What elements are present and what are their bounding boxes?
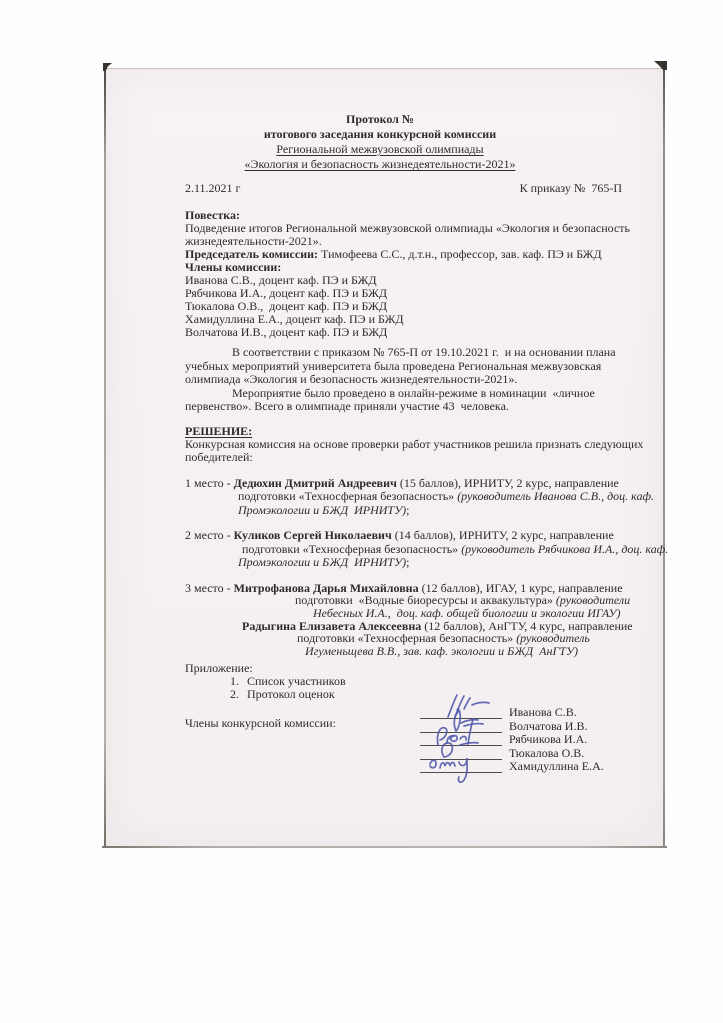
chair-label: Председатель комиссии: [185, 247, 318, 261]
signature-name: Хамидуллина Е.А. [509, 759, 604, 774]
signature-stroke [420, 743, 506, 783]
document-title: Протокол № итогового заседания конкурсно… [185, 112, 630, 172]
signatures-label: Члены конкурсной комиссии: [185, 716, 336, 731]
paragraph-line: В соответствии с приказом № 765-П от 19.… [185, 346, 630, 360]
attachment-item: 1.Список участников [185, 675, 630, 688]
document-page: Протокол № итогового заседания конкурсно… [104, 68, 665, 848]
attachment-label: Приложение: [185, 662, 630, 675]
paper-edge-bottom [102, 846, 667, 848]
title-line-3: Региональной межвузовской олимпиады [185, 142, 575, 157]
attachment-item: 2.Протокол оценок [185, 688, 630, 701]
title-line-2: итогового заседания конкурсной комиссии [185, 127, 575, 142]
winner-entry-2: 2 место - Куликов Сергей Николаевич (14 … [185, 529, 630, 570]
decision-text: Конкурсная комиссия на основе проверки р… [185, 438, 630, 451]
paragraph-line: олимпиада «Экология и безопасность жизне… [185, 373, 630, 387]
chair-name: Тимофеева С.С., д.т.н., профессор, зав. … [318, 247, 602, 261]
winner-entry-1: 1 место - Дедюхин Дмитрий Андреевич (15 … [185, 477, 630, 518]
attachment-section: Приложение: 1.Список участников 2.Проток… [185, 662, 630, 701]
scanned-protocol-screenshot: { "colors": { "paper": "#f6f1f2", "ink":… [0, 0, 723, 1023]
paragraph-line: Мероприятие было проведено в онлайн-режи… [185, 387, 630, 401]
member-line: Волчатова И.В., доцент каф. ПЭ и БЖД [185, 326, 630, 339]
decision-label: РЕШЕНИЕ: [185, 425, 630, 438]
paragraph-line: первенство». Всего в олимпиаде приняли у… [185, 400, 630, 414]
title-line-1: Протокол № [185, 112, 575, 127]
signature-row: Хамидуллина Е.А. [420, 761, 660, 774]
document-date: 2.11.2021 г [185, 181, 240, 196]
order-reference: К приказу № 765-П [520, 181, 622, 196]
agenda-section: Повестка: Подведение итогов Региональной… [185, 209, 630, 339]
decision-section: РЕШЕНИЕ: Конкурсная комиссия на основе п… [185, 425, 630, 464]
date-row: 2.11.2021 г К приказу № 765-П [185, 181, 630, 196]
winner-entry-3: 3 место - Митрофанова Дарья Михайловна (… [185, 582, 630, 658]
decision-text: победителей: [185, 451, 630, 464]
body-paragraphs: В соответствии с приказом № 765-П от 19.… [185, 346, 630, 414]
title-line-4: «Экология и безопасность жизнедеятельнос… [185, 157, 575, 172]
signature-block: Иванова С.В. Волчатова И.В. Рябчикова И.… [420, 707, 660, 774]
paragraph-line: учебных мероприятий университета была пр… [185, 360, 630, 374]
document-content: Протокол № итогового заседания конкурсно… [104, 68, 665, 701]
